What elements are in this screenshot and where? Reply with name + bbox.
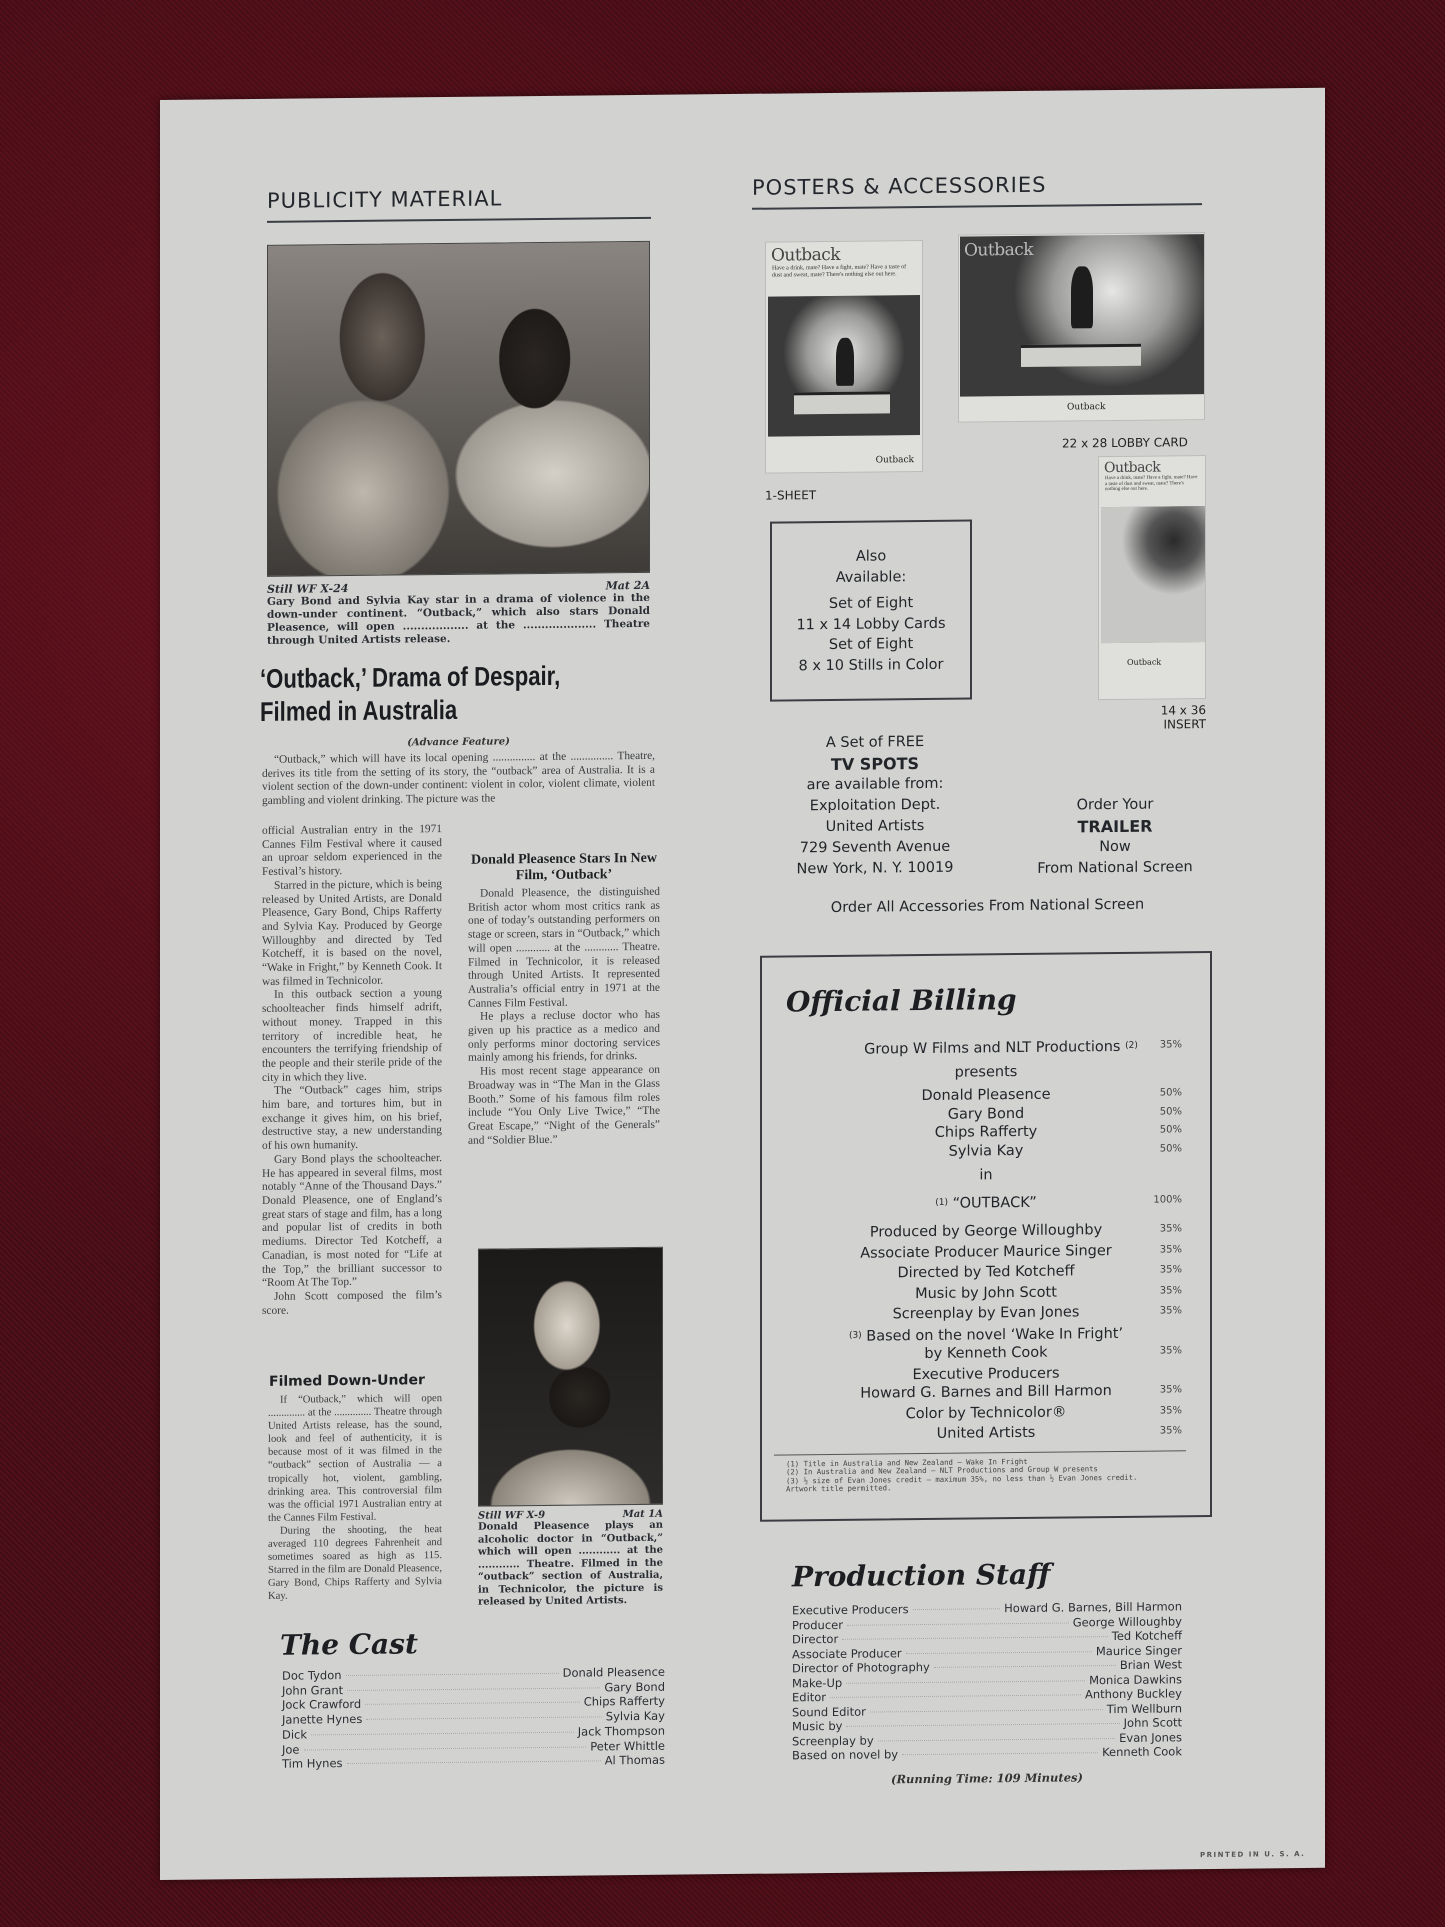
poster-title: Outback <box>766 241 922 266</box>
insert-type: INSERT <box>1150 717 1206 732</box>
actor-name: Peter Whittle <box>590 1738 665 1753</box>
billing-pct: 50% <box>1160 1121 1182 1140</box>
paragraph: The “Outback” cages him, strips him bare… <box>262 1083 442 1153</box>
billing-row: Howard G. Barnes and Bill Harmon35% <box>762 1381 1210 1404</box>
poster-footer-title: Outback <box>1067 402 1105 412</box>
billing-text: Executive Producers <box>912 1365 1059 1383</box>
staff-name: Kenneth Cook <box>1102 1744 1182 1759</box>
billing-title: Official Billing <box>786 983 1017 1018</box>
staff-role: Screenplay by <box>792 1733 874 1748</box>
paragraph: His most recent stage appearance on Broa… <box>468 1064 660 1148</box>
footnote-mark: (2) <box>1125 1041 1138 1051</box>
headline-line-2: Filmed in Australia <box>260 693 588 729</box>
actor-name: Sylvia Kay <box>606 1709 665 1724</box>
staff-role: Music by <box>792 1719 842 1734</box>
staff-role: Based on novel by <box>792 1747 898 1763</box>
billing-row: by Kenneth Cook35% <box>762 1342 1210 1365</box>
billing-text: Sylvia Kay <box>949 1142 1024 1159</box>
billing-text: Based on the novel ‘Wake In Fright’ <box>866 1325 1123 1344</box>
photo1-caption: Gary Bond and Sylvia Kay star in a drama… <box>267 592 650 648</box>
billing-pct: 35% <box>1160 1342 1182 1361</box>
box-line: 11 x 14 Lobby Cards <box>772 613 970 636</box>
footnote: Artwork title permitted. <box>786 1482 1137 1494</box>
billing-text: “OUTBACK” <box>953 1194 1037 1211</box>
billing-pct: 35% <box>1160 1261 1182 1280</box>
posters-section-title: POSTERS & ACCESSORIES <box>752 171 1202 210</box>
still-photo-gary-bond-sylvia-kay <box>267 241 650 577</box>
billing-row: Color by Technicolor®35% <box>762 1402 1210 1425</box>
trailer-heading: TRAILER <box>1020 815 1210 838</box>
billing-text: presents <box>955 1064 1018 1081</box>
paragraph: official Australian entry in the 1971 Ca… <box>262 823 442 880</box>
photo1-caption-block: Still WF X-24 Mat 2A Gary Bond and Sylvi… <box>267 579 650 648</box>
trailer-line: From National Screen <box>1020 857 1210 880</box>
pressbook-page: PUBLICITY MATERIAL Still WF X-24 Mat 2A … <box>160 88 1325 1880</box>
billing-text: Color by Technicolor® <box>906 1404 1067 1422</box>
poster-title: Outback <box>959 237 1038 261</box>
staff-name: George Willoughby <box>1073 1614 1182 1630</box>
box-line: 8 x 10 Stills in Color <box>772 654 970 677</box>
tv-line: New York, N. Y. 10019 <box>765 857 985 880</box>
pleasence-story: Donald Pleasence Stars In New Film, ‘Out… <box>468 851 660 1148</box>
billing-text: Screenplay by Evan Jones <box>893 1304 1080 1322</box>
billing-row: Sylvia Kay50% <box>762 1140 1210 1163</box>
filmed-down-under-headline: Filmed Down-Under <box>269 1372 442 1390</box>
actor-name: Al Thomas <box>605 1753 665 1768</box>
tv-spots-block: A Set of FREE TV SPOTS are available fro… <box>765 731 985 880</box>
trailer-block: Order Your TRAILER Now From National Scr… <box>1020 794 1210 880</box>
feature-lead-paragraph: “Outback,” which will have its local ope… <box>262 750 655 809</box>
character-name: Joe <box>282 1742 300 1757</box>
paragraph: Gary Bond plays the schoolteacher. He ha… <box>262 1152 442 1291</box>
billing-pct: 50% <box>1160 1103 1182 1122</box>
staff-name: John Scott <box>1124 1715 1182 1730</box>
billing-pct: 50% <box>1160 1084 1182 1103</box>
cast-row: Tim HynesAl Thomas <box>282 1753 665 1772</box>
staff-name: Tim Wellburn <box>1107 1701 1182 1716</box>
order-all-accessories: Order All Accessories From National Scre… <box>765 894 1210 920</box>
billing-pct: 50% <box>1160 1140 1182 1159</box>
billing-rows: Group W Films and NLT Productions (2)35%… <box>762 1036 1210 1445</box>
character-name: Tim Hynes <box>282 1756 343 1771</box>
staff-row: Based on novel byKenneth Cook <box>792 1744 1182 1763</box>
actor-name: Jack Thompson <box>578 1724 665 1740</box>
paragraph: During the shooting, the heat averaged 1… <box>268 1523 442 1603</box>
character-name: John Grant <box>282 1683 343 1698</box>
billing-footnotes: (1) Title in Australia and New Zealand —… <box>786 1457 1137 1494</box>
cast-title: The Cast <box>280 1627 418 1661</box>
box-line: Set of Eight <box>772 593 970 616</box>
staff-name: Ted Kotcheff <box>1112 1628 1182 1643</box>
billing-text: Gary Bond <box>948 1105 1025 1122</box>
billing-text: Chips Rafferty <box>935 1124 1038 1141</box>
poster-title: Outback <box>1099 456 1205 476</box>
photo2-caption: Donald Pleasence plays an alcoholic doct… <box>478 1520 663 1609</box>
paragraph: He plays a recluse doctor who has given … <box>468 1009 660 1066</box>
staff-name: Maurice Singer <box>1096 1643 1182 1658</box>
tv-line: are available from: <box>765 773 985 796</box>
billing-pct: 35% <box>1160 1220 1182 1239</box>
billing-row: in <box>762 1164 1210 1187</box>
box-line: Also <box>772 546 970 569</box>
character-name: Dick <box>282 1727 307 1742</box>
one-sheet-poster-thumbnail: Outback Have a drink, mate? Have a fight… <box>765 240 923 474</box>
billing-row: Music by John Scott35% <box>762 1282 1210 1305</box>
poster-footer-title: Outback <box>1127 658 1161 667</box>
billing-text: in <box>979 1167 992 1183</box>
still-number: Still WF X-9 <box>478 1510 545 1522</box>
advance-feature-note: (Advance Feature) <box>267 735 650 750</box>
actor-name: Donald Pleasence <box>563 1665 665 1681</box>
actor-name: Gary Bond <box>604 1679 665 1694</box>
staff-role: Producer <box>792 1617 843 1632</box>
staff-name: Anthony Buckley <box>1085 1686 1182 1702</box>
tv-line: A Set of FREE <box>765 731 985 754</box>
tv-line: United Artists <box>765 815 985 838</box>
billing-row: Group W Films and NLT Productions (2)35% <box>762 1036 1210 1060</box>
official-billing-box: Official Billing Group W Films and NLT P… <box>760 951 1212 1522</box>
billing-text: Associate Producer Maurice Singer <box>860 1243 1111 1262</box>
running-time: (Running Time: 109 Minutes) <box>792 1769 1182 1787</box>
billing-text: Produced by George Willoughby <box>870 1222 1102 1240</box>
still-number: Still WF X-24 <box>267 582 348 596</box>
paragraph: If “Outback,” which will open ..........… <box>268 1392 442 1525</box>
insert-poster-thumbnail: Outback Have a drink, mate? Have a fight… <box>1098 455 1206 700</box>
production-staff-list: Executive ProducersHoward G. Barnes, Bil… <box>792 1599 1182 1763</box>
headline-line-1: ‘Outback,’ Drama of Despair, <box>260 660 588 696</box>
footnote-mark: (1) <box>935 1197 948 1207</box>
paragraph: Starred in the picture, which is being r… <box>262 878 442 990</box>
paragraph: John Scott composed the film’s score. <box>262 1289 442 1318</box>
filmed-down-under-story: Filmed Down-Under If “Outback,” which wi… <box>262 1372 442 1603</box>
billing-row: Associate Producer Maurice Singer35% <box>762 1241 1210 1264</box>
billing-row: (1) “OUTBACK”100% <box>762 1191 1210 1215</box>
mat-number: Mat 2A <box>606 579 650 592</box>
staff-name: Monica Dawkins <box>1089 1672 1182 1687</box>
poster-tagline: Have a drink, mate? Have a fight, mate? … <box>1099 475 1205 493</box>
feature-headline: ‘Outback,’ Drama of Despair, Filmed in A… <box>260 659 660 729</box>
billing-text: Group W Films and NLT Productions <box>864 1039 1120 1058</box>
lobby-card-thumbnail: Outback Outback <box>958 232 1205 423</box>
billing-text: Music by John Scott <box>915 1284 1057 1301</box>
photo2-caption-block: Still WF X-9 Mat 1A Donald Pleasence pla… <box>478 1509 663 1609</box>
poster-tagline: Have a drink, mate? Have a fight, mate? … <box>766 264 922 280</box>
box-line: Set of Eight <box>772 634 970 657</box>
tv-spots-heading: TV SPOTS <box>765 752 985 775</box>
poster-footer-title: Outback <box>876 455 914 465</box>
mat-number: Mat 1A <box>623 1509 663 1520</box>
feature-column-1: official Australian entry in the 1971 Ca… <box>262 823 442 1318</box>
billing-row: Directed by Ted Kotcheff35% <box>762 1261 1210 1284</box>
actor-name: Chips Rafferty <box>584 1694 665 1710</box>
printed-in-usa: PRINTED IN U. S. A. <box>1200 1850 1305 1859</box>
staff-role: Executive Producers <box>792 1602 909 1618</box>
billing-text: United Artists <box>937 1425 1036 1442</box>
trailer-line: Order Your <box>1020 794 1210 817</box>
billing-pct: 35% <box>1160 1036 1182 1055</box>
box-line: Available: <box>772 566 970 589</box>
billing-pct: 35% <box>1160 1282 1182 1301</box>
staff-name: Brian West <box>1120 1657 1182 1672</box>
trailer-line: Now <box>1020 836 1210 859</box>
paragraph: In this outback section a young schoolte… <box>262 987 442 1085</box>
pleasence-headline: Donald Pleasence Stars In New Film, ‘Out… <box>468 851 660 885</box>
character-name: Jock Crawford <box>282 1697 361 1713</box>
staff-role: Sound Editor <box>792 1704 866 1719</box>
billing-row: Produced by George Willoughby35% <box>762 1220 1210 1243</box>
publicity-section-title: PUBLICITY MATERIAL <box>267 185 651 223</box>
billing-row: presents <box>762 1061 1210 1084</box>
billing-pct: 35% <box>1160 1381 1182 1400</box>
billing-pct: 35% <box>1160 1422 1182 1441</box>
footnote-mark: (3) <box>849 1330 862 1340</box>
character-name: Doc Tydon <box>282 1668 342 1683</box>
billing-text: Donald Pleasence <box>921 1087 1050 1104</box>
lobby-card-label: 22 x 28 LOBBY CARD <box>1062 435 1188 450</box>
billing-text: Howard G. Barnes and Bill Harmon <box>860 1383 1112 1402</box>
paragraph: Donald Pleasence, the distinguished Brit… <box>468 886 660 1011</box>
production-staff-title: Production Staff <box>792 1558 1050 1594</box>
billing-divider <box>774 1450 1186 1455</box>
staff-role: Director <box>792 1632 838 1647</box>
character-name: Janette Hynes <box>282 1712 362 1728</box>
staff-role: Make-Up <box>792 1675 842 1690</box>
billing-pct: 35% <box>1160 1302 1182 1321</box>
one-sheet-label: 1-SHEET <box>765 488 816 503</box>
staff-role: Editor <box>792 1690 826 1705</box>
cast-list: Doc TydonDonald Pleasence John GrantGary… <box>282 1665 665 1772</box>
still-photo-donald-pleasence <box>478 1247 663 1507</box>
staff-role: Director of Photography <box>792 1660 930 1676</box>
billing-pct: 100% <box>1153 1191 1182 1210</box>
insert-label: 14 x 36 INSERT <box>1150 703 1206 732</box>
lead-text: “Outback,” which will have its local ope… <box>262 750 655 809</box>
billing-text: by Kenneth Cook <box>924 1345 1047 1362</box>
billing-pct: 35% <box>1160 1241 1182 1260</box>
insert-size: 14 x 36 <box>1150 703 1206 718</box>
billing-row: Screenplay by Evan Jones35% <box>762 1302 1210 1325</box>
staff-name: Evan Jones <box>1119 1730 1182 1745</box>
billing-text: Directed by Ted Kotcheff <box>897 1263 1074 1281</box>
billing-pct: 35% <box>1160 1402 1182 1421</box>
tv-line: Exploitation Dept. <box>765 794 985 817</box>
staff-role: Associate Producer <box>792 1646 902 1662</box>
tv-line: 729 Seventh Avenue <box>765 836 985 859</box>
billing-row: United Artists35% <box>762 1422 1210 1445</box>
also-available-box: Also Available: Set of Eight 11 x 14 Lob… <box>770 519 972 701</box>
